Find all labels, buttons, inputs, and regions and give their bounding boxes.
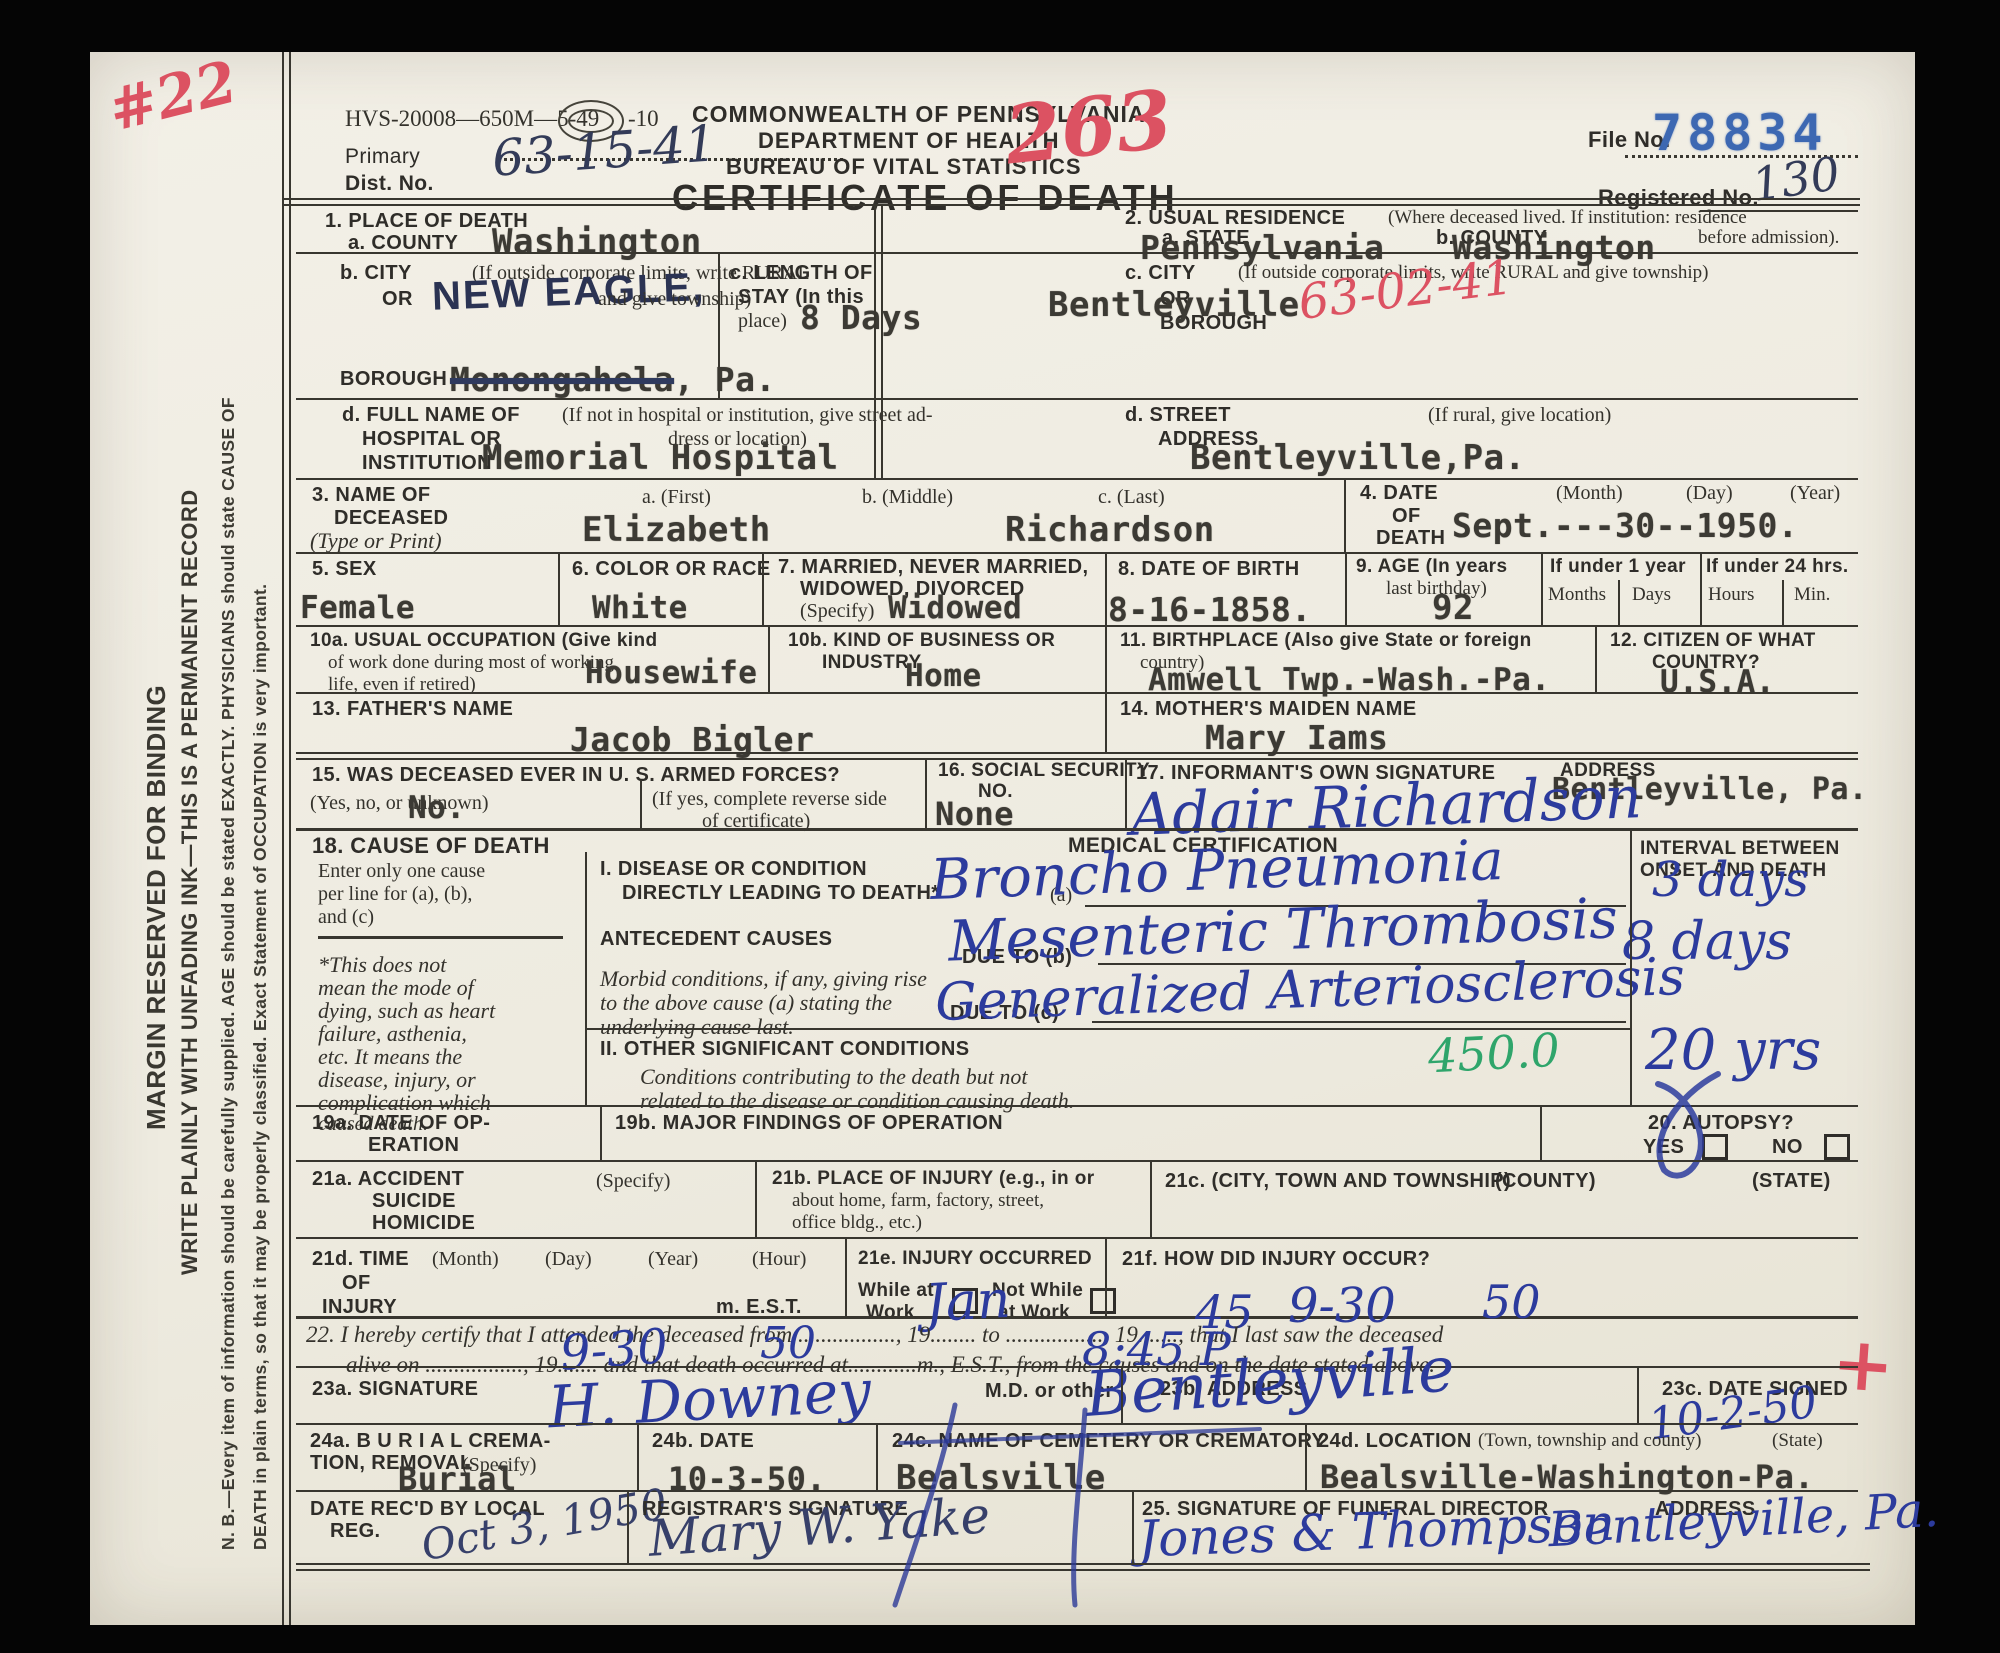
dist-no-label: Dist. No. — [345, 172, 434, 196]
rule — [1125, 758, 1127, 828]
rule — [1105, 552, 1107, 625]
margin-note-binding: MARGIN RESERVED FOR BINDING — [142, 690, 171, 1130]
while-at-work-label-2: Work — [866, 1302, 915, 1323]
rule — [318, 936, 563, 939]
death-certificate-photo: MARGIN RESERVED FOR BINDING WRITE PLAINL… — [0, 0, 2000, 1653]
other-conditions-note-1: Conditions contributing to the death but… — [640, 1064, 1027, 1090]
rule — [1782, 580, 1784, 625]
how-injury-occurred-label: 21f. HOW DID INJURY OCCUR? — [1122, 1248, 1430, 1270]
min-label: Min. — [1794, 584, 1830, 606]
dob-value: 8-16-1858. — [1108, 590, 1312, 629]
race-label: 6. COLOR OR RACE — [572, 558, 771, 580]
place-of-injury-label-1: 21b. PLACE OF INJURY (e.g., in or — [772, 1168, 1095, 1189]
cemetery-location-label: 24d. LOCATION — [1318, 1430, 1472, 1452]
date-of-death-header-3: DEATH — [1376, 527, 1445, 549]
time-of-injury-label: 21d. TIME — [312, 1248, 409, 1270]
last-name-value: Richardson — [1005, 510, 1215, 550]
green-code-value: 450.0 — [1427, 1023, 1561, 1084]
first-name-value: Elizabeth — [582, 510, 771, 550]
cause-note-2: per line for (a), (b), — [318, 883, 472, 906]
rule — [558, 552, 560, 625]
age-label-1: 9. AGE (In years — [1356, 556, 1507, 577]
months-label: Months — [1548, 584, 1606, 606]
date-of-death-header-1: 4. DATE — [1360, 482, 1438, 504]
date-of-death-header-2: OF — [1392, 505, 1421, 527]
cause-of-death-header: 18. CAUSE OF DEATH — [312, 834, 550, 859]
residence-city-label: c. CITY — [1125, 262, 1196, 284]
rule — [755, 1160, 757, 1237]
rule — [296, 398, 1858, 400]
burial-value: Burial — [398, 1460, 517, 1498]
name-header-1: 3. NAME OF — [312, 484, 430, 506]
rule — [296, 478, 1858, 480]
burial-date-value: 10-3-50. — [668, 1460, 826, 1498]
place-county-value: Washington — [492, 222, 702, 262]
death-month-label: (Month) — [1556, 482, 1623, 505]
accident-specify-label: (Specify) — [596, 1170, 670, 1193]
place-of-injury-label-3: office bldg., etc.) — [792, 1212, 922, 1234]
burial-date-label: 24b. DATE — [652, 1430, 754, 1452]
hospital-label-3: INSTITUTION — [362, 452, 492, 474]
occupation-label-1: 10a. USUAL OCCUPATION (Give kind — [310, 630, 657, 651]
rule — [296, 1160, 1858, 1162]
citizen-label-1: 12. CITIZEN OF WHAT — [1610, 630, 1816, 651]
autopsy-no-checkbox[interactable] — [1824, 1134, 1850, 1160]
rule — [768, 625, 770, 692]
city-label: b. CITY — [340, 262, 412, 284]
accident-label-3: HOMICIDE — [372, 1212, 475, 1234]
name-header-3: (Type or Print) — [310, 528, 442, 554]
date-of-operation-label-2: ERATION — [368, 1134, 459, 1156]
attended-to-year: 50 — [1482, 1275, 1541, 1329]
rule — [845, 1237, 847, 1316]
sex-label: 5. SEX — [312, 558, 377, 580]
under-1-year-label: If under 1 year — [1550, 556, 1686, 577]
interval-b-value: 8 days — [1622, 912, 1792, 972]
rule — [296, 1237, 1858, 1239]
rule — [1305, 1423, 1307, 1490]
disease-label-2: DIRECTLY LEADING TO DEATH* — [622, 882, 939, 904]
father-name-label: 13. FATHER'S NAME — [312, 698, 513, 720]
ssn-label-1: 16. SOCIAL SECURITY — [938, 760, 1150, 781]
business-value: Home — [905, 658, 982, 694]
rule — [640, 780, 642, 828]
name-header-2: DECEASED — [334, 507, 448, 529]
morbid-note-1: Morbid conditions, if any, giving rise — [600, 966, 927, 992]
rule — [1150, 1160, 1152, 1237]
rule — [1132, 1490, 1134, 1563]
rule — [1618, 580, 1620, 625]
date-received-label-2: REG. — [330, 1520, 381, 1542]
rule — [925, 758, 927, 828]
rule — [1105, 625, 1107, 692]
accident-label-1: 21a. ACCIDENT — [312, 1168, 464, 1190]
injury-state-label: (STATE) — [1752, 1170, 1831, 1192]
or-label: OR — [382, 288, 413, 310]
rule — [762, 552, 764, 625]
margin-note-nb-2: DEATH in plain terms, so that it may be … — [250, 150, 271, 1550]
rule — [1637, 1366, 1639, 1423]
margin-note-permanent-record: WRITE PLAINLY WITH UNFADING INK—THIS IS … — [178, 555, 203, 1275]
armed-forces-label: 15. WAS DECEASED EVER IN U. S. ARMED FOR… — [312, 764, 840, 786]
rule — [1105, 692, 1107, 752]
birthplace-label-1: 11. BIRTHPLACE (Also give State or forei… — [1120, 630, 1532, 651]
margin-note-nb-1: N. B.—Every item of information should b… — [218, 150, 239, 1550]
place-of-injury-label-2: about home, farm, factory, street, — [792, 1190, 1044, 1212]
cemetery-location-hint: (Town, township and county) — [1478, 1430, 1701, 1452]
date-of-death-value: Sept.---30--1950. — [1452, 506, 1798, 545]
death-year-label: (Year) — [1790, 482, 1840, 505]
burial-label-1: 24a. B U R I A L CREMA- — [310, 1430, 551, 1452]
cause-note-3: and (c) — [318, 906, 374, 929]
rule — [282, 204, 1860, 206]
rule — [1540, 1105, 1542, 1160]
other-conditions-label: II. OTHER SIGNIFICANT CONDITIONS — [600, 1038, 969, 1060]
injury-county-label: (COUNTY) — [1495, 1170, 1596, 1192]
rule — [1541, 552, 1543, 625]
age-value: 92 — [1432, 588, 1474, 628]
rule — [874, 204, 876, 478]
length-of-stay-label-1: c. LENGTH OF — [730, 262, 873, 284]
street-label-1: d. STREET — [1125, 404, 1231, 426]
injury-hour-label: (Hour) — [752, 1248, 806, 1271]
hospital-value: Memorial Hospital — [482, 438, 839, 478]
rule — [881, 204, 883, 478]
occupation-value: Housewife — [585, 655, 757, 691]
interval-a-value: 3 days — [1652, 852, 1809, 908]
rule — [600, 1105, 602, 1160]
rule — [296, 252, 1858, 254]
disease-label-1: I. DISEASE OR CONDITION — [600, 858, 867, 880]
injury-city-label: 21c. (CITY, TOWN AND TOWNSHIP) — [1165, 1170, 1511, 1192]
usual-residence-hint2: before admission). — [1698, 227, 1839, 249]
other-conditions-note-2: related to the disease or condition caus… — [640, 1088, 1074, 1114]
days-label: Days — [1632, 584, 1671, 606]
death-day-label: (Day) — [1686, 482, 1733, 505]
primary-label: Primary — [345, 145, 420, 169]
injury-year-label: (Year) — [648, 1248, 698, 1271]
rule — [296, 1366, 1858, 1368]
date-of-operation-label-1: 19a. DATE OF OP- — [312, 1112, 490, 1134]
hours-label: Hours — [1708, 584, 1754, 606]
rule — [637, 1423, 639, 1490]
rule — [282, 198, 1860, 200]
antecedent-label: ANTECEDENT CAUSES — [600, 928, 832, 950]
rule — [296, 552, 1858, 554]
armed-forces-value: No. — [408, 790, 466, 826]
rule — [296, 752, 1858, 754]
citizen-value: U.S.A. — [1660, 664, 1775, 700]
hospital-label-1: d. FULL NAME OF — [342, 404, 520, 426]
time-of-injury-label-2: OF — [342, 1272, 371, 1294]
rule — [1344, 478, 1346, 552]
armed-forces-hint-b1: (If yes, complete reverse side — [652, 788, 887, 811]
marital-specify-label: (Specify) — [800, 600, 874, 623]
struck-city-suffix: , Pa. — [674, 360, 776, 399]
street-value: Bentleyville,Pa. — [1190, 438, 1526, 478]
autopsy-no-label: NO — [1772, 1136, 1803, 1158]
red-batch-number: 263 — [1001, 72, 1177, 183]
borough-label: BOROUGH — [340, 368, 447, 390]
injury-day-label: (Day) — [545, 1248, 592, 1271]
rule — [1121, 1366, 1123, 1423]
last-name-label: c. (Last) — [1098, 486, 1165, 509]
pen-flourish-marks — [860, 1395, 1280, 1610]
rule — [296, 828, 1858, 831]
rule — [1595, 625, 1597, 692]
struck-city-value: Monongahela — [450, 360, 674, 399]
rule — [289, 52, 291, 1625]
morbid-note-3: underlying cause last. — [600, 1014, 794, 1040]
rule — [718, 252, 720, 398]
major-findings-label: 19b. MAJOR FINDINGS OF OPERATION — [615, 1112, 1003, 1134]
rule — [1700, 552, 1702, 625]
hospital-hint-1: (If not in hospital or institution, give… — [562, 404, 933, 427]
city-hint-2: and give township) — [598, 288, 751, 311]
rule — [282, 52, 284, 1625]
length-of-stay-label-3: place) — [738, 310, 787, 333]
marital-value: Widowed — [888, 590, 1022, 626]
sex-value: Female — [300, 590, 415, 626]
cemetery-location-state-hint: (State) — [1772, 1430, 1823, 1452]
business-label-1: 10b. KIND OF BUSINESS OR — [788, 630, 1055, 651]
rule — [1345, 552, 1347, 625]
cause-note-1: Enter only one cause — [318, 860, 485, 883]
marital-label-1: 7. MARRIED, NEVER MARRIED, — [778, 556, 1088, 578]
morbid-note-2: to the above cause (a) stating the — [600, 990, 892, 1016]
rule — [1105, 1237, 1107, 1316]
while-at-work-label-1: While at — [858, 1280, 934, 1301]
rule — [296, 692, 1858, 694]
pen-mark-autopsy — [1618, 1068, 1768, 1193]
street-hint: (If rural, give location) — [1428, 404, 1611, 427]
race-value: White — [592, 590, 688, 626]
rule — [627, 1490, 629, 1563]
under-24-hrs-label: If under 24 hrs. — [1706, 556, 1849, 577]
injury-occurred-label: 21e. INJURY OCCURRED — [858, 1248, 1092, 1269]
first-name-label: a. (First) — [642, 486, 711, 509]
rule — [296, 625, 1858, 627]
length-of-stay-value: 8 Days — [800, 298, 922, 337]
rule — [876, 1423, 878, 1490]
middle-name-label: b. (Middle) — [862, 486, 953, 509]
residence-city-value: Bentleyville — [1048, 285, 1300, 325]
rule — [1630, 828, 1632, 1105]
accident-label-2: SUICIDE — [372, 1190, 456, 1212]
rule — [585, 852, 587, 1105]
usual-residence-hint: (Where deceased lived. If institution: r… — [1388, 207, 1747, 229]
hospital-label-2: HOSPITAL OR — [362, 428, 501, 450]
not-while-at-work-checkbox[interactable] — [1090, 1288, 1116, 1314]
rule — [296, 1316, 1858, 1319]
occupation-label-2: of work done during most of working — [328, 652, 614, 674]
dob-label: 8. DATE OF BIRTH — [1118, 558, 1300, 580]
physician-signature-label: 23a. SIGNATURE — [312, 1378, 478, 1400]
injury-month-label: (Month) — [432, 1248, 499, 1271]
